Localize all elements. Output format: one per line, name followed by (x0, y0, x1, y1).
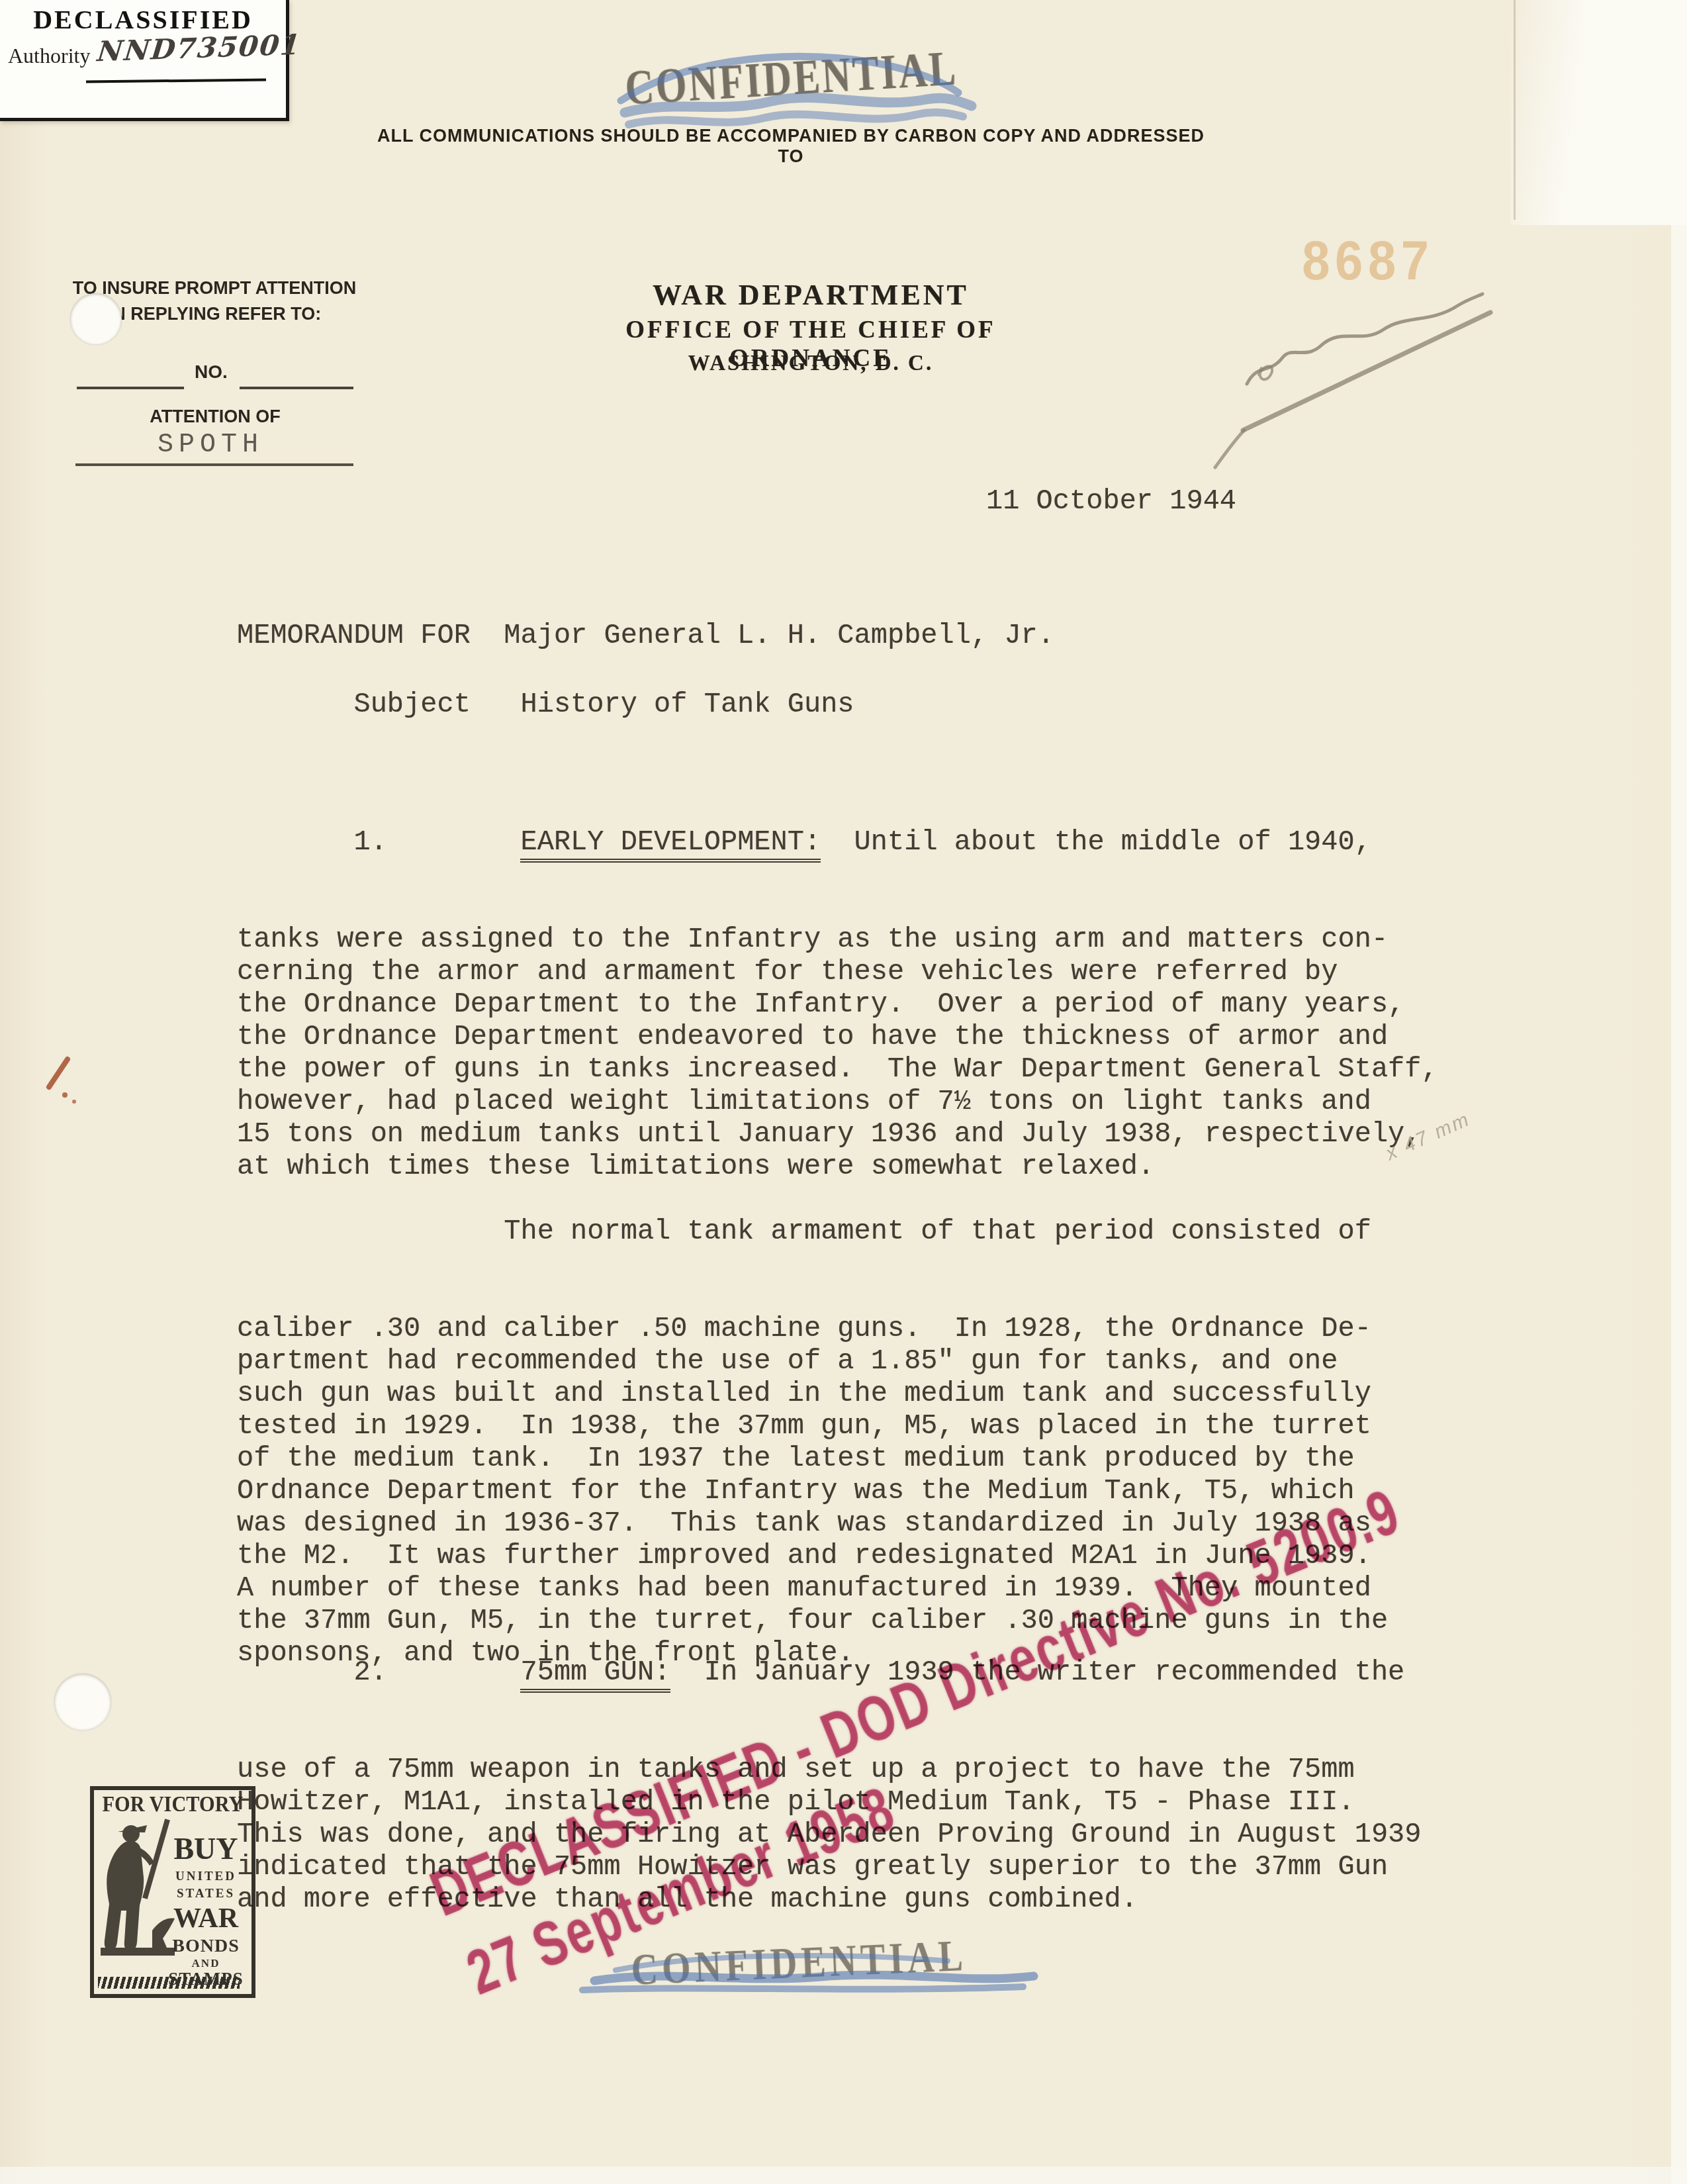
para3-heading: 75mm GUN: (520, 1656, 670, 1693)
victory-header: FOR VICTORY (101, 1792, 246, 1818)
ink-mark-icon (49, 1059, 76, 1104)
para1-indent: 1. (237, 826, 520, 858)
punch-hole-bottom (54, 1674, 111, 1731)
confidential-stamp-top: CONFIDENTIAL (623, 40, 959, 117)
letterhead-city: WASHINGTON, D. C. (563, 352, 1059, 376)
typed-line: 15 tons on medium tanks until January 19… (237, 1118, 1438, 1151)
victory-ground-hatch (98, 1977, 240, 1989)
reply-note-line1: TO INSURE PROMPT ATTENTION (65, 278, 364, 299)
page-edge-line (1514, 0, 1516, 220)
para3-indent: 2. (237, 1656, 520, 1688)
para2-indent (237, 1215, 504, 1247)
typed-line: tanks were assigned to the Infantry as t… (237, 924, 1438, 956)
typed-line: however, had placed weight limitations o… (237, 1086, 1438, 1118)
authority-label: Authority (8, 44, 90, 68)
typed-line: the Ordnance Department to the Infantry.… (237, 988, 1438, 1021)
punch-hole-top (70, 293, 122, 345)
pencil-signature-scribble-icon (1215, 294, 1490, 467)
typed-line: Ordnance Department for the Infantry was… (237, 1475, 1388, 1507)
para1-heading: EARLY DEVELOPMENT: (520, 826, 821, 863)
victory-text: STATES (163, 1887, 249, 1901)
war-bonds-victory-stamp: FOR VICTORY BUY UNITED STATES WAR BONDS … (90, 1786, 255, 1998)
refer-no-label: NO. (195, 361, 228, 383)
confidential-stamp-bottom: CONFIDENTIAL (630, 1930, 968, 1996)
memo-document-page: DECLASSIFIED Authority NND735001 CONFIDE… (0, 0, 1687, 2184)
para2-first-text: The normal tank armament of that period … (504, 1215, 1371, 1247)
scan-right-edge (1671, 0, 1687, 2184)
scan-bottom-edge (0, 2167, 1687, 2184)
typed-line: the power of guns in tanks increased. Th… (237, 1053, 1438, 1086)
date-line: 11 October 1944 (986, 485, 1236, 518)
typed-line: partment had recommended the use of a 1.… (237, 1345, 1388, 1378)
victory-text: BONDS (163, 1936, 249, 1957)
typed-line: cerning the armor and armament for these… (237, 956, 1438, 988)
authority-underline (86, 79, 266, 83)
authority-value-handwritten: NND735001 (96, 28, 303, 68)
typed-line: the Ordnance Department endeavored to ha… (237, 1021, 1438, 1053)
refer-blank-line-left (77, 387, 184, 389)
typed-line: and more effective than all the machine … (237, 1883, 1422, 1916)
typed-line: caliber .30 and caliber .50 machine guns… (237, 1313, 1388, 1345)
typed-line: tested in 1929. In 1938, the 37mm gun, M… (237, 1410, 1388, 1443)
memo-for-line: MEMORANDUM FOR Major General L. H. Campb… (237, 620, 1054, 652)
typed-line: 1. EARLY DEVELOPMENT: Until about the mi… (237, 826, 1438, 859)
typed-line: The normal tank armament of that period … (237, 1215, 1388, 1248)
refer-blank-line-right (240, 387, 353, 389)
typed-line: such gun was built and installed in the … (237, 1378, 1388, 1410)
subject-line: Subject History of Tank Guns (237, 688, 854, 721)
victory-text: UNITED (163, 1870, 249, 1884)
typed-line: was designed in 1936-37. This tank was s… (237, 1507, 1388, 1540)
victory-text: AND (163, 1957, 249, 1970)
scan-corner-highlight (1510, 0, 1687, 225)
attention-underline (75, 463, 353, 466)
received-number-stamp: 8687 (1302, 229, 1434, 293)
victory-text: BUY (163, 1831, 249, 1866)
paragraph-early-development: 1. EARLY DEVELOPMENT: Until about the mi… (237, 761, 1438, 1183)
declassified-slip: DECLASSIFIED Authority NND735001 (0, 0, 289, 121)
carbon-copy-notice: ALL COMMUNICATIONS SHOULD BE ACCOMPANIED… (367, 126, 1214, 167)
attention-of-label: ATTENTION OF (99, 406, 331, 427)
para1-first-text: Until about the middle of 1940, (821, 826, 1371, 858)
victory-text: WAR (163, 1903, 249, 1934)
typed-line: of the medium tank. In 1937 the latest m… (237, 1443, 1388, 1475)
attention-value: SPOTH (158, 430, 263, 460)
letterhead-department: WAR DEPARTMENT (563, 278, 1059, 312)
